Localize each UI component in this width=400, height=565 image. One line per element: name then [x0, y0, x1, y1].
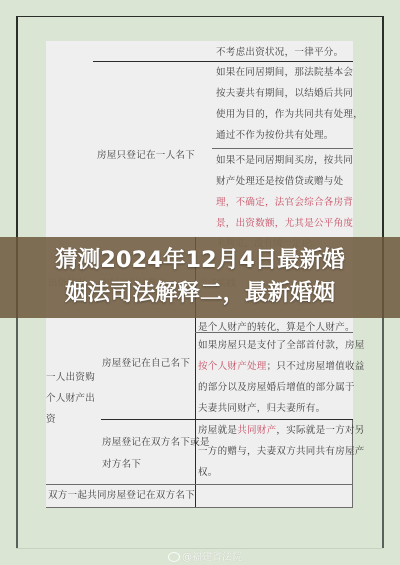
cell-r3-title-deed: 房屋只登记在一人名下: [97, 146, 195, 166]
row-divider-4: [101, 419, 353, 420]
cell-r2-practice-line2: 按夫妻共有期间，以结婚后共同: [216, 84, 353, 104]
cell-r6-practice-line2: 一方的赠与，夫妻双方共同共有房屋产: [198, 442, 365, 462]
outer-frame-right-lower: [382, 318, 384, 548]
outer-frame-left-lower: [16, 318, 18, 548]
row-divider-5: [46, 484, 353, 485]
cell-r6-practice-suffix: ，实际就是一方对另: [276, 425, 364, 436]
cell-r5-funding-line1: 一人出资购: [46, 368, 95, 388]
cell-r5-title-deed: 房屋登记在自己名下: [102, 354, 190, 374]
cell-r3-practice-line1: 如果不是同居期间买房，按共同: [216, 151, 353, 171]
cell-r2-practice-line4: 通过不作为按份共有处理。: [216, 126, 334, 146]
cell-r5-practice-line2: 按个人财产处理；只不过房屋增值收益: [198, 357, 365, 377]
cell-r7-funding: 双方一起共同房屋登记在双方名下: [48, 486, 195, 506]
weibo-icon: [168, 552, 180, 562]
cell-r2-practice-line1: 如果在同居期间，那法院基本会: [216, 63, 353, 83]
source-watermark: @福建省法院: [168, 548, 242, 563]
cell-r6-red-highlight: 共同财产: [237, 425, 276, 436]
cell-r5-practice-line2-rest: ；只不过房屋增值收益: [267, 361, 365, 372]
cell-r5-practice-line4: 夫妻共同财产，归夫妻所有。: [198, 399, 325, 419]
row-divider-2: [212, 148, 353, 149]
cell-r3-practice-line2: 财产处理还是按借贷或赠与处: [216, 172, 343, 192]
cell-r5-funding-line2: 个人财产出: [46, 389, 95, 409]
cell-r1-practice: 不考虑出资状况，一律平分。: [216, 43, 343, 63]
cell-r5-practice-line3: 的部分以及房屋婚后增值的部分属于: [198, 378, 355, 398]
cell-r3-practice-line4: 景，出资数额，尤其是公平角度: [216, 214, 353, 234]
cell-r6-title-deed-line1: 房屋登记在双方名下或是: [102, 433, 210, 453]
cell-r5-practice-line1: 如果房屋只是支付了全部首付款，房屋: [198, 336, 365, 356]
cell-r3-practice-line3: 理，不确定，法官会综合各房背: [216, 193, 353, 213]
outer-frame-right: [382, 16, 384, 118]
cell-r6-practice-line1: 房屋就是共同财产，实际就是一方对另: [198, 421, 365, 441]
cell-r2-practice-line3: 使用为目的，作为共同共有处理，: [216, 105, 363, 125]
cell-r5-funding-line3: 资: [46, 410, 56, 430]
cell-r6-practice-line3: 权。: [198, 463, 218, 483]
outer-frame-left: [16, 16, 18, 118]
cell-r4-practice: 是个人财产的转化，算是个人财产。: [198, 318, 355, 338]
cell-r6-title-deed-line2: 对方名下: [102, 455, 141, 475]
article-title-line1: 猜测2024年12月4日最新婚: [0, 244, 400, 277]
article-title-line2: 姻法司法解释二，最新婚姻: [0, 277, 400, 310]
cell-r5-red-highlight: 按个人财产处理: [198, 361, 267, 372]
watermark-text: @福建省法院: [182, 552, 242, 563]
cell-r6-practice-prefix: 房屋就是: [198, 425, 237, 436]
table-bottom-border: [46, 507, 353, 508]
article-title[interactable]: 猜测2024年12月4日最新婚 姻法司法解释二，最新婚姻: [0, 244, 400, 310]
